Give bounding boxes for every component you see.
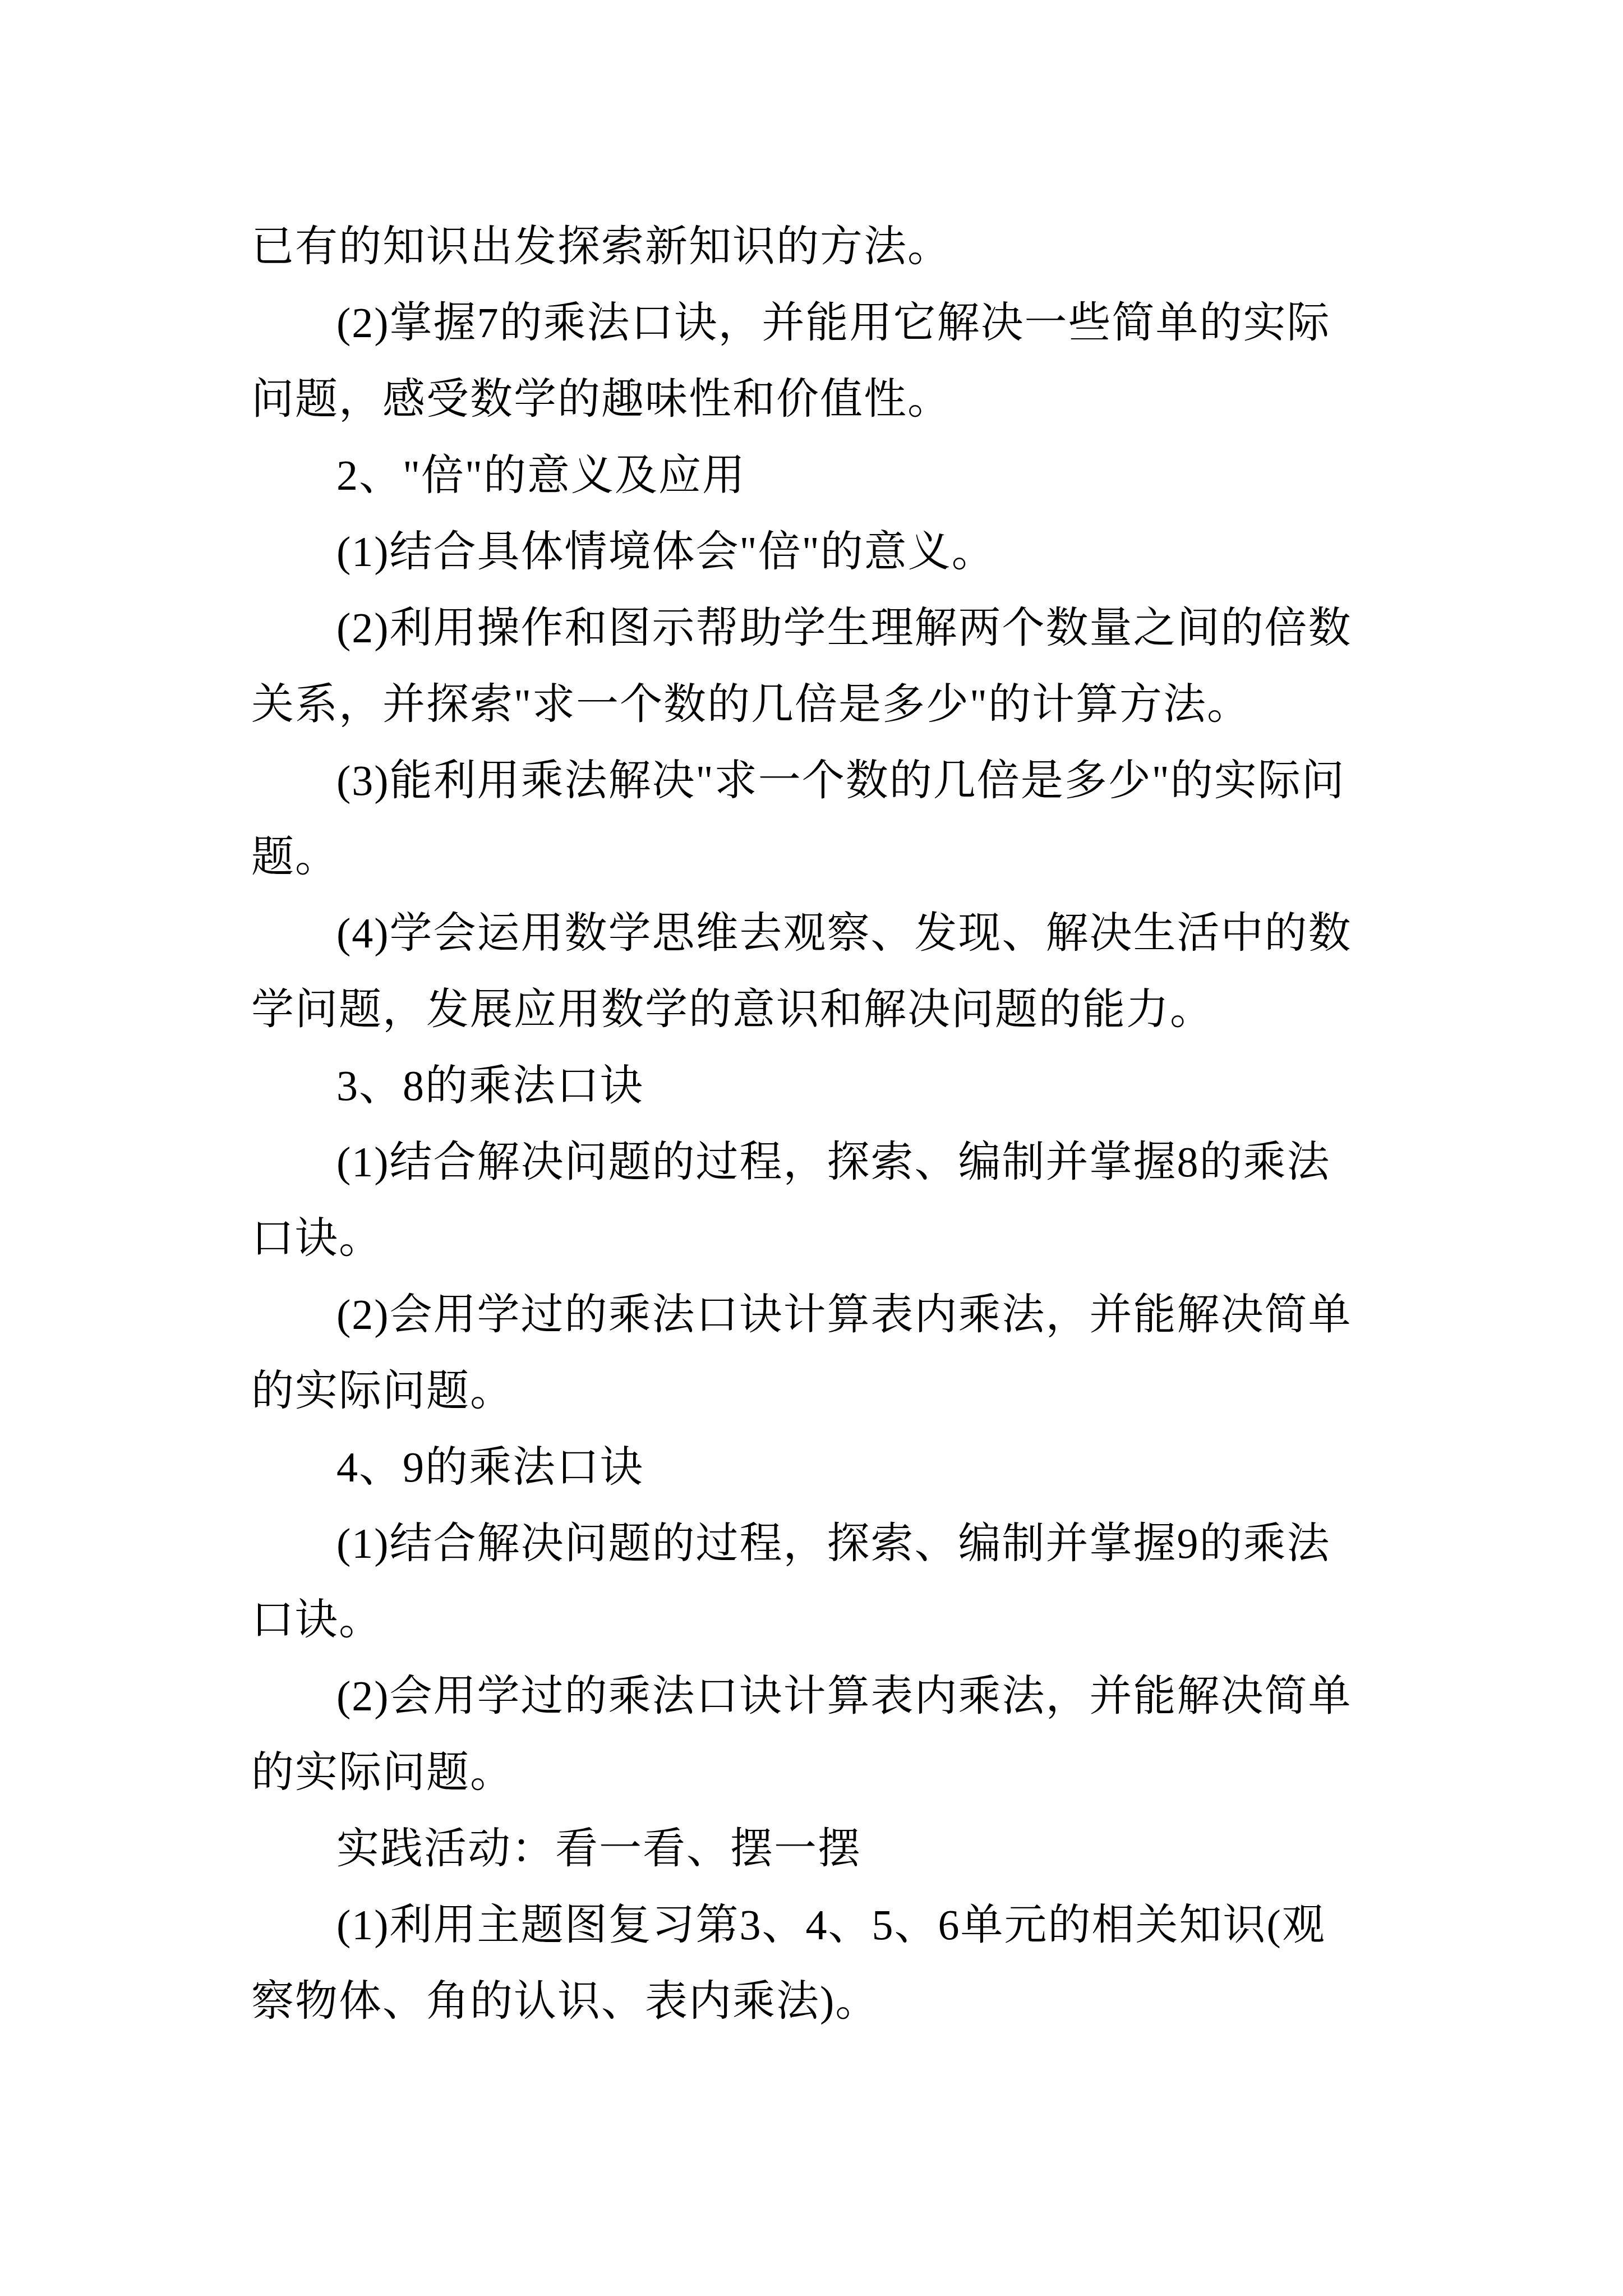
text-line: 的实际问题。: [251, 1353, 1384, 1429]
text-line: (1)结合解决问题的过程，探索、编制并掌握9的乘法: [251, 1506, 1384, 1582]
text-line: 察物体、角的认识、表内乘法)。: [251, 1963, 1384, 2040]
text-line: (2)会用学过的乘法口诀计算表内乘法，并能解决简单: [251, 1658, 1384, 1734]
text-line: (1)结合具体情境体会"倍"的意义。: [251, 514, 1384, 590]
text-line: (2)会用学过的乘法口诀计算表内乘法，并能解决简单: [251, 1277, 1384, 1353]
text-line: 实践活动：看一看、摆一摆: [251, 1811, 1384, 1887]
text-line: (3)能利用乘法解决"求一个数的几倍是多少"的实际问: [251, 743, 1384, 819]
text-line: (1)利用主题图复习第3、4、5、6单元的相关知识(观: [251, 1887, 1384, 1963]
document-text-block: 已有的知识出发探索新知识的方法。(2)掌握7的乘法口诀，并能用它解决一些简单的实…: [251, 209, 1384, 2040]
text-line: 4、9的乘法口诀: [251, 1429, 1384, 1506]
text-line: (4)学会运用数学思维去观察、发现、解决生活中的数: [251, 895, 1384, 972]
document-page: 已有的知识出发探索新知识的方法。(2)掌握7的乘法口诀，并能用它解决一些简单的实…: [0, 0, 1623, 2296]
text-line: 题。: [251, 819, 1384, 895]
text-line: (2)掌握7的乘法口诀，并能用它解决一些简单的实际: [251, 285, 1384, 361]
text-line: (2)利用操作和图示帮助学生理解两个数量之间的倍数: [251, 590, 1384, 666]
text-line: (1)结合解决问题的过程，探索、编制并掌握8的乘法: [251, 1124, 1384, 1200]
text-line: 口诀。: [251, 1200, 1384, 1277]
text-line: 问题，感受数学的趣味性和价值性。: [251, 361, 1384, 438]
text-line: 学问题，发展应用数学的意识和解决问题的能力。: [251, 972, 1384, 1048]
text-line: 关系，并探索"求一个数的几倍是多少"的计算方法。: [251, 666, 1384, 743]
text-line: 口诀。: [251, 1582, 1384, 1658]
text-line: 的实际问题。: [251, 1734, 1384, 1811]
text-line: 2、"倍"的意义及应用: [251, 438, 1384, 514]
text-line: 已有的知识出发探索新知识的方法。: [251, 209, 1384, 285]
text-line: 3、8的乘法口诀: [251, 1048, 1384, 1124]
